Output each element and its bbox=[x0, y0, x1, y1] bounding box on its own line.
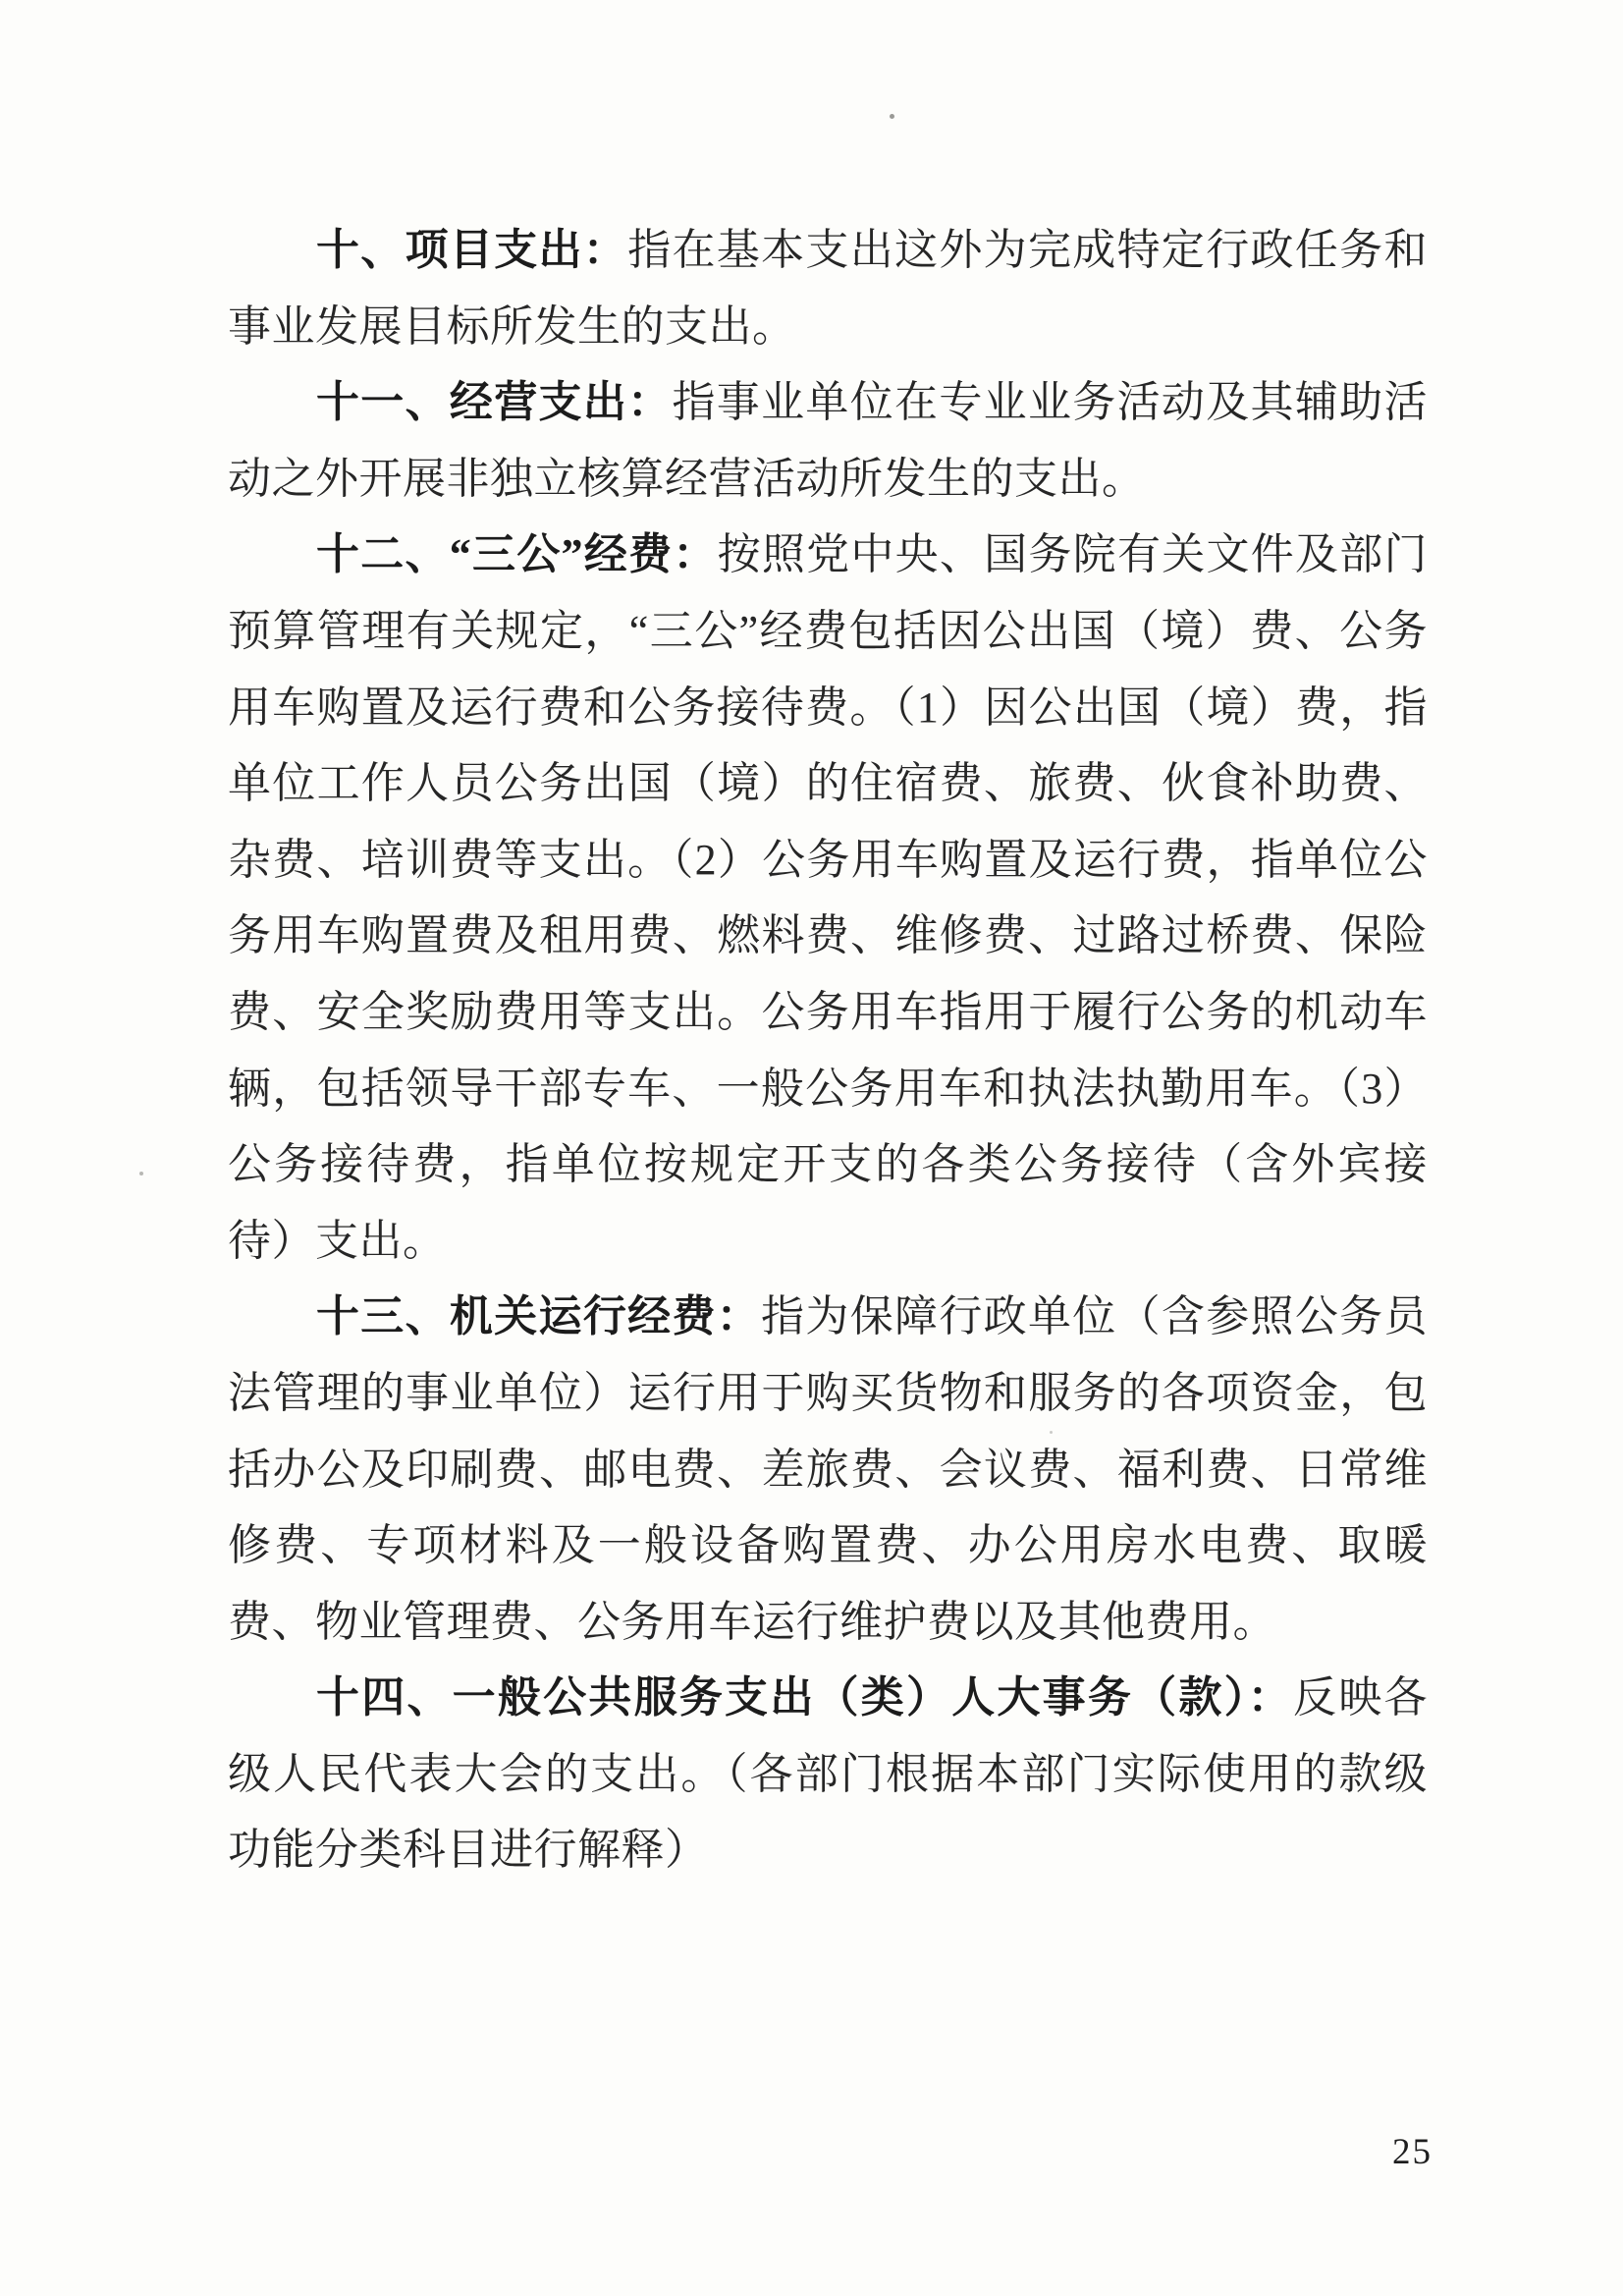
paragraph-heading: 十二、“三公”经费： bbox=[316, 530, 718, 578]
paragraph-agency-operating-funds: 十三、机关运行经费：指为保障行政单位（含参照公务员法管理的事业单位）运行用于购买… bbox=[228, 1279, 1428, 1660]
document-text: 十、项目支出：指在基本支出这外为完成特定行政任务和事业发展目标所发生的支出。 十… bbox=[228, 212, 1428, 1888]
scan-speck bbox=[890, 114, 894, 119]
paragraph-heading: 十四、一般公共服务支出（类）人大事务（款）： bbox=[316, 1673, 1293, 1722]
paragraph-body: 按照党中央、国务院有关文件及部门预算管理有关规定，“三公”经费包括因公出国（境）… bbox=[228, 530, 1428, 1264]
paragraph-heading: 十一、经营支出： bbox=[316, 378, 673, 426]
paragraph-body: 指为保障行政单位（含参照公务员法管理的事业单位）运行用于购买货物和服务的各项资金… bbox=[228, 1292, 1428, 1645]
document-page: 十、项目支出：指在基本支出这外为完成特定行政任务和事业发展目标所发生的支出。 十… bbox=[0, 0, 1623, 2296]
paragraph-general-public-service: 十四、一般公共服务支出（类）人大事务（款）：反映各级人民代表大会的支出。（各部门… bbox=[228, 1660, 1428, 1888]
paragraph-item-expenditure: 十、项目支出：指在基本支出这外为完成特定行政任务和事业发展目标所发生的支出。 bbox=[228, 212, 1428, 364]
paragraph-heading: 十、项目支出： bbox=[316, 226, 627, 274]
paragraph-three-public-funds: 十二、“三公”经费：按照党中央、国务院有关文件及部门预算管理有关规定，“三公”经… bbox=[228, 517, 1428, 1279]
paragraph-operating-expenditure: 十一、经营支出：指事业单位在专业业务活动及其辅助活动之外开展非独立核算经营活动所… bbox=[228, 364, 1428, 517]
scan-speck bbox=[1050, 1431, 1053, 1434]
scan-speck bbox=[139, 1172, 143, 1175]
paragraph-heading: 十三、机关运行经费： bbox=[316, 1292, 761, 1340]
page-number: 25 bbox=[1392, 2131, 1433, 2173]
